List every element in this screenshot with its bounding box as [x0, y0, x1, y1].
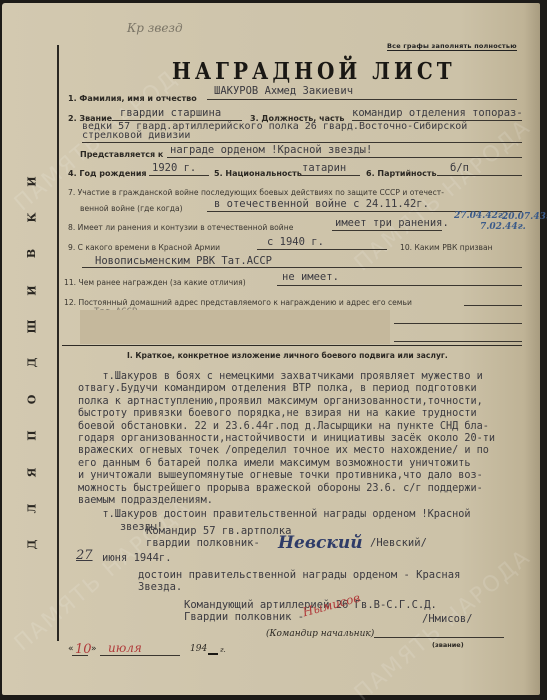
wound-date-3: 7.02.44г. [480, 222, 526, 232]
field-8-value: имеет три ранения. [335, 217, 449, 229]
field-6-value: б/п [450, 162, 469, 174]
wound-date-1: 27.04.42г. [454, 211, 506, 221]
field-4-label: 4. Год рождения [68, 169, 147, 178]
wound-date-2: 20.07.43г. [502, 212, 547, 222]
field-1-label: 1. Фамилия, имя и отчество [68, 94, 197, 103]
merit-description: т.Шакуров в боях с немецкими захватчикам… [78, 371, 543, 534]
field-5-label: 5. Национальность [214, 169, 302, 178]
presented-label: Представляется к [80, 150, 163, 159]
field-6-label: 6. Партийность [366, 169, 437, 178]
binding-margin-label: Д Л Я П О Д Ш И В К И [22, 163, 42, 563]
artillery-commander-name: /Нмисов/ [422, 613, 473, 625]
date-2-year: 194 [190, 644, 207, 654]
date-quote-open: « [68, 644, 74, 654]
field-7-label-line-1: 7. Участие в гражданской войне последующ… [68, 188, 444, 197]
field-12-label: 12. Постоянный домашний адрес представля… [64, 298, 412, 307]
field-7-value: в отечественной войне с 24.11.42г. [214, 198, 429, 210]
commander-name: /Невский/ [370, 537, 427, 549]
date-2-suffix: г. [220, 646, 226, 654]
conclusion-line-1: достоин правительственной награды ордено… [138, 569, 460, 581]
pencil-note: Кр звезд [127, 21, 183, 35]
commander-caption: (Командир начальник) [266, 629, 374, 639]
field-10-label: 10. Каким РВК призван [400, 243, 493, 252]
commander-signature: Невский [278, 533, 363, 553]
date-2-month: июля [108, 641, 142, 655]
page-title: НАГРАДНОЙ ЛИСТ [172, 57, 456, 85]
date-1-day: 27 [76, 548, 93, 563]
field-2-value: гвардии старшина [120, 107, 221, 119]
field-8-label: 8. Имеет ли ранения и контузии в отечест… [68, 223, 293, 232]
fill-instruction: Все графы заполнять полностью [387, 42, 517, 51]
field-5-value: татарин [302, 162, 346, 174]
field-9-value: с 1940 г. [267, 236, 324, 248]
commander-title-line-2: гвардии полковник- [146, 537, 260, 549]
award-sheet-page: ПАМЯТЬ НАРОДА ПАМЯТЬ НАРОДА ПАМЯТЬ НАРОД… [2, 3, 540, 695]
field-4-value: 1920 г. [152, 162, 196, 174]
field-3-value-line-3: стрелковой дивизии [82, 130, 190, 141]
binding-margin-line [57, 45, 59, 641]
field-3-value-line-1: командир отделения топораз- [352, 107, 523, 119]
presented-value: награде орденом !Красной звезды! [170, 144, 372, 156]
conclusion-line-2: Звезда. [138, 581, 182, 593]
field-9-label: 9. С какого времени в Красной Армии [68, 243, 220, 252]
field-11-label: 11. Чем ранее награжден (за какие отличи… [64, 278, 246, 287]
artillery-commander-line-2: Гвардии полковник - [184, 611, 304, 623]
field-7-label-line-2: венной войне (где когда) [80, 204, 183, 213]
field-11-value: не имеет. [282, 271, 339, 283]
field-1-value: ШАКУРОВ Ахмед Закиевич [214, 85, 353, 97]
commander-title-line-1: Командир 57 гв.артполка [146, 525, 291, 537]
section-heading: I. Краткое, конкретное изложение личного… [127, 351, 448, 360]
date-1-rest: июня 1944г. [102, 552, 172, 564]
rank-caption: (звание) [432, 641, 464, 649]
field-10-value: Новописьменским РВК Тат.АССР [95, 255, 272, 267]
artillery-signature: Нымисов [301, 591, 361, 620]
redacted-address [80, 310, 390, 344]
date-quote-close: » [91, 644, 97, 654]
